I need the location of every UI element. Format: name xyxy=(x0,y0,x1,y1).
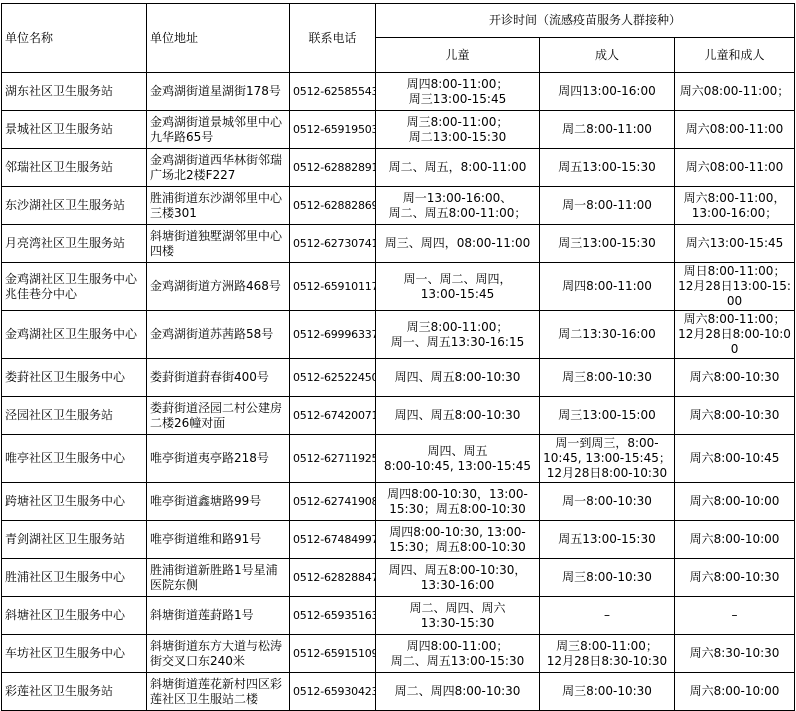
unit-address-cell: 娄葑街道泾园二村公建房二楼26幢对面 xyxy=(147,397,290,435)
table-header: 单位名称 单位地址 联系电话 开诊时间（流感疫苗服务人群接种） 儿童 成人 儿童… xyxy=(2,4,795,73)
phone-cell: 0512-65935163 xyxy=(290,597,376,635)
unit-name-cell: 唯亭社区卫生服务中心 xyxy=(2,435,147,483)
table-row: 车坊社区卫生服务中心斜塘街道东方大道与松涛街交叉口东240米0512-65915… xyxy=(2,635,795,673)
children-schedule-cell: 周三、周四，08:00-11:00 xyxy=(376,225,540,263)
children-schedule-cell: 周一、周二、周四， 13:00-15:45 xyxy=(376,263,540,311)
table-row: 景城社区卫生服务站金鸡湖街道景城邻里中心九华路65号0512-65919503周… xyxy=(2,111,795,149)
phone-cell: 0512-65915109 xyxy=(290,635,376,673)
adults-schedule-cell: 周一8:00-10:30 xyxy=(540,483,675,521)
unit-name-cell: 泾园社区卫生服务站 xyxy=(2,397,147,435)
unit-address-cell: 唯亭街道夷亭路218号 xyxy=(147,435,290,483)
table-row: 唯亭社区卫生服务中心唯亭街道夷亭路218号0512-62711925周四、周五 … xyxy=(2,435,795,483)
children-schedule-cell: 周四8:00-10:30, 13:00- 15:30；周五8:00-10:30 xyxy=(376,521,540,559)
children-adults-schedule-cell: 周六8:00-10:30 xyxy=(675,359,795,397)
unit-address-cell: 金鸡湖街道苏茜路58号 xyxy=(147,311,290,359)
vaccination-schedule-document: 单位名称 单位地址 联系电话 开诊时间（流感疫苗服务人群接种） 儿童 成人 儿童… xyxy=(0,0,796,711)
children-adults-schedule-cell: 周六13:00-15:45 xyxy=(675,225,795,263)
unit-address-cell: 斜塘街道东方大道与松涛街交叉口东240米 xyxy=(147,635,290,673)
children-adults-schedule-cell: 周六8:00-10:00 xyxy=(675,483,795,521)
adults-schedule-cell: 周三8:00-11:00； 12月28日8:30-10:30 xyxy=(540,635,675,673)
phone-cell: 0512-69996337 xyxy=(290,311,376,359)
phone-cell: 0512-67420071 xyxy=(290,397,376,435)
table-row: 斜塘社区卫生服务中心斜塘街道莲葑路1号0512-65935163周二、周四、周六… xyxy=(2,597,795,635)
unit-address-cell: 斜塘街道独墅湖邻里中心四楼 xyxy=(147,225,290,263)
header-phone: 联系电话 xyxy=(290,4,376,73)
children-adults-schedule-cell: 周六8:00-10:30 xyxy=(675,397,795,435)
children-schedule-cell: 周四8:00-10:30，13:00- 15:30；周五8:00-10:30 xyxy=(376,483,540,521)
phone-cell: 0512-62522450 xyxy=(290,359,376,397)
vaccination-schedule-table: 单位名称 单位地址 联系电话 开诊时间（流感疫苗服务人群接种） 儿童 成人 儿童… xyxy=(1,3,795,711)
phone-cell: 0512-65930423 xyxy=(290,673,376,711)
children-schedule-cell: 周四、周五8:00-10:30 xyxy=(376,359,540,397)
adults-schedule-cell: 周三13:00-15:30 xyxy=(540,225,675,263)
unit-address-cell: 娄葑街道葑春街400号 xyxy=(147,359,290,397)
header-unit-address: 单位地址 xyxy=(147,4,290,73)
children-adults-schedule-cell: 周六08:00-11:00； xyxy=(675,73,795,111)
phone-cell: 0512-62730741 xyxy=(290,225,376,263)
table-row: 青剑湖社区卫生服务站唯亭街道维和路91号0512-67484997周四8:00-… xyxy=(2,521,795,559)
adults-schedule-cell: 周一8:00-11:00 xyxy=(540,187,675,225)
table-row: 泾园社区卫生服务站娄葑街道泾园二村公建房二楼26幢对面0512-67420071… xyxy=(2,397,795,435)
children-schedule-cell: 周四8:00-11:00； 周三13:00-15:45 xyxy=(376,73,540,111)
table-row: 湖东社区卫生服务站金鸡湖街道星湖街178号0512-62585543周四8:00… xyxy=(2,73,795,111)
children-adults-schedule-cell: 周六8:00-10:00 xyxy=(675,673,795,711)
unit-address-cell: 胜浦街道新胜路1号星浦医院东侧 xyxy=(147,559,290,597)
unit-name-cell: 金鸡湖社区卫生服务中心 xyxy=(2,311,147,359)
unit-address-cell: 斜塘街道莲葑路1号 xyxy=(147,597,290,635)
children-schedule-cell: 周一13:00-16:00、 周二、周五8:00-11:00； xyxy=(376,187,540,225)
children-schedule-cell: 周二、周四、周六 13:30-15:30 xyxy=(376,597,540,635)
unit-name-cell: 景城社区卫生服务站 xyxy=(2,111,147,149)
children-adults-schedule-cell: 周六8:00-10:45 xyxy=(675,435,795,483)
table-body: 湖东社区卫生服务站金鸡湖街道星湖街178号0512-62585543周四8:00… xyxy=(2,73,795,711)
unit-address-cell: 唯亭街道维和路91号 xyxy=(147,521,290,559)
children-schedule-cell: 周三8:00-11:00； 周一、周五13:30-16:15 xyxy=(376,311,540,359)
table-row: 金鸡湖社区卫生服务中心金鸡湖街道苏茜路58号0512-69996337周三8:0… xyxy=(2,311,795,359)
adults-schedule-cell: 周三8:00-10:30 xyxy=(540,359,675,397)
unit-address-cell: 金鸡湖街道方洲路468号 xyxy=(147,263,290,311)
unit-name-cell: 月亮湾社区卫生服务站 xyxy=(2,225,147,263)
table-row: 金鸡湖社区卫生服务中心兆佳巷分中心金鸡湖街道方洲路468号0512-659101… xyxy=(2,263,795,311)
adults-schedule-cell: 周五13:00-15:30 xyxy=(540,521,675,559)
phone-cell: 0512-65919503 xyxy=(290,111,376,149)
header-schedule-group: 开诊时间（流感疫苗服务人群接种） xyxy=(376,4,795,38)
unit-address-cell: 金鸡湖街道星湖街178号 xyxy=(147,73,290,111)
unit-name-cell: 金鸡湖社区卫生服务中心兆佳巷分中心 xyxy=(2,263,147,311)
phone-cell: 0512-62711925 xyxy=(290,435,376,483)
header-adults: 成人 xyxy=(540,38,675,73)
children-schedule-cell: 周四、周五 8:00-10:45, 13:00-15:45 xyxy=(376,435,540,483)
table-row: 彩莲社区卫生服务站斜塘街道莲花新村四区彩莲社区卫生服站二楼0512-659304… xyxy=(2,673,795,711)
children-adults-schedule-cell: 周六8:30-10:30 xyxy=(675,635,795,673)
table-row: 胜浦社区卫生服务中心胜浦街道新胜路1号星浦医院东侧0512-62828847周四… xyxy=(2,559,795,597)
header-children: 儿童 xyxy=(376,38,540,73)
children-schedule-cell: 周四、周五8:00-10:30， 13:30-16:00 xyxy=(376,559,540,597)
unit-address-cell: 斜塘街道莲花新村四区彩莲社区卫生服站二楼 xyxy=(147,673,290,711)
unit-address-cell: 唯亭街道鑫塘路99号 xyxy=(147,483,290,521)
unit-name-cell: 东沙湖社区卫生服务站 xyxy=(2,187,147,225)
unit-name-cell: 青剑湖社区卫生服务站 xyxy=(2,521,147,559)
unit-address-cell: 金鸡湖街道景城邻里中心九华路65号 xyxy=(147,111,290,149)
children-adults-schedule-cell: 周六8:00-11:00， 13:00-16:00； xyxy=(675,187,795,225)
children-schedule-cell: 周二、周五，8:00-11:00 xyxy=(376,149,540,187)
adults-schedule-cell: 周一到周三，8:00- 10:45, 13:00-15:45； 12月28日8:… xyxy=(540,435,675,483)
adults-schedule-cell: – xyxy=(540,597,675,635)
unit-name-cell: 斜塘社区卫生服务中心 xyxy=(2,597,147,635)
unit-name-cell: 湖东社区卫生服务站 xyxy=(2,73,147,111)
phone-cell: 0512-62585543 xyxy=(290,73,376,111)
children-adults-schedule-cell: 周日8:00-11:00； 12月28日13:00-15:00 xyxy=(675,263,795,311)
unit-name-cell: 车坊社区卫生服务中心 xyxy=(2,635,147,673)
table-row: 东沙湖社区卫生服务站胜浦街道东沙湖邻里中心三楼3010512-62882869周… xyxy=(2,187,795,225)
phone-cell: 0512-62741908 xyxy=(290,483,376,521)
unit-name-cell: 娄葑社区卫生服务中心 xyxy=(2,359,147,397)
table-row: 娄葑社区卫生服务中心娄葑街道葑春街400号0512-62522450周四、周五8… xyxy=(2,359,795,397)
children-adults-schedule-cell: 周六08:00-11:00 xyxy=(675,149,795,187)
children-adults-schedule-cell: 周六8:00-10:00 xyxy=(675,521,795,559)
header-row-group: 单位名称 单位地址 联系电话 开诊时间（流感疫苗服务人群接种） xyxy=(2,4,795,38)
adults-schedule-cell: 周四13:00-16:00 xyxy=(540,73,675,111)
unit-name-cell: 彩莲社区卫生服务站 xyxy=(2,673,147,711)
children-adults-schedule-cell: 周六8:00-10:30 xyxy=(675,559,795,597)
adults-schedule-cell: 周二13:30-16:00 xyxy=(540,311,675,359)
adults-schedule-cell: 周二8:00-11:00 xyxy=(540,111,675,149)
adults-schedule-cell: 周三8:00-10:30 xyxy=(540,559,675,597)
unit-address-cell: 胜浦街道东沙湖邻里中心三楼301 xyxy=(147,187,290,225)
table-row: 跨塘社区卫生服务中心唯亭街道鑫塘路99号0512-62741908周四8:00-… xyxy=(2,483,795,521)
phone-cell: 0512-62828847 xyxy=(290,559,376,597)
table-row: 月亮湾社区卫生服务站斜塘街道独墅湖邻里中心四楼0512-62730741周三、周… xyxy=(2,225,795,263)
phone-cell: 0512-62882891 xyxy=(290,149,376,187)
phone-cell: 0512-67484997 xyxy=(290,521,376,559)
unit-name-cell: 胜浦社区卫生服务中心 xyxy=(2,559,147,597)
adults-schedule-cell: 周五13:00-15:30 xyxy=(540,149,675,187)
header-unit-name: 单位名称 xyxy=(2,4,147,73)
children-adults-schedule-cell: – xyxy=(675,597,795,635)
children-schedule-cell: 周四8:00-11:00； 周二、周五13:00-15:30 xyxy=(376,635,540,673)
children-adults-schedule-cell: 周六8:00-11:00； 12月28日8:00-10:00 xyxy=(675,311,795,359)
table-row: 邻瑞社区卫生服务站金鸡湖街道西华林街邻瑞广场北2楼F2270512-628828… xyxy=(2,149,795,187)
children-schedule-cell: 周三8:00-11:00； 周二13:00-15:30 xyxy=(376,111,540,149)
header-children-and-adults: 儿童和成人 xyxy=(675,38,795,73)
children-schedule-cell: 周二、周四8:00-10:30 xyxy=(376,673,540,711)
adults-schedule-cell: 周三8:00-10:30 xyxy=(540,673,675,711)
unit-address-cell: 金鸡湖街道西华林街邻瑞广场北2楼F227 xyxy=(147,149,290,187)
unit-name-cell: 跨塘社区卫生服务中心 xyxy=(2,483,147,521)
children-adults-schedule-cell: 周六08:00-11:00 xyxy=(675,111,795,149)
children-schedule-cell: 周四、周五8:00-10:30 xyxy=(376,397,540,435)
adults-schedule-cell: 周三13:00-15:00 xyxy=(540,397,675,435)
unit-name-cell: 邻瑞社区卫生服务站 xyxy=(2,149,147,187)
phone-cell: 0512-65910117 xyxy=(290,263,376,311)
adults-schedule-cell: 周四8:00-11:00 xyxy=(540,263,675,311)
phone-cell: 0512-62882869 xyxy=(290,187,376,225)
